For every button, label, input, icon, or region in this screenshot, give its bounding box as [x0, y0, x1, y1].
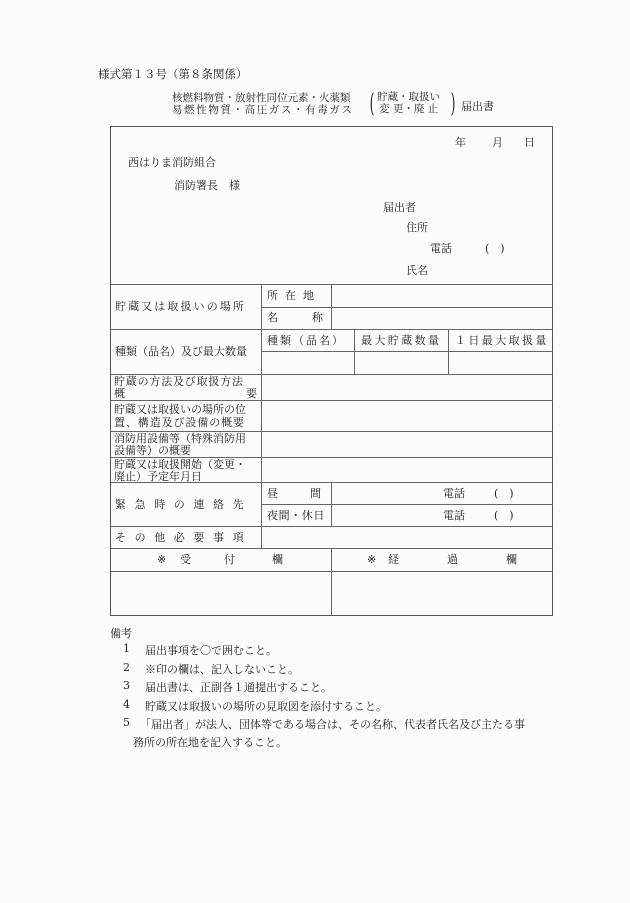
- facility-label-line-2: 置、構造及び設備の概要: [114, 416, 245, 429]
- types-kind-field[interactable]: [262, 352, 353, 373]
- types-max-storage-field[interactable]: [355, 352, 447, 373]
- progress-mark: ※: [367, 553, 376, 566]
- facility-label-line-1: 貯蔵又は取扱いの場所の位: [114, 403, 246, 416]
- note-item-continuation: 務所の所在地を記入すること。: [133, 734, 287, 750]
- notes-title: 備考: [110, 625, 132, 641]
- date-year-label: 年: [455, 136, 466, 149]
- emergency-night-phone-paren: ( ): [494, 509, 514, 522]
- firefighting-label-line-2: 設備等）の概要: [114, 444, 191, 457]
- addressee-org: 西はりま消防組合: [128, 156, 216, 169]
- method-field[interactable]: [262, 375, 552, 399]
- title-paren-line-2: 変 更・廃 止: [377, 103, 440, 115]
- progress-char-3: 欄: [506, 553, 517, 566]
- location-label: 貯蔵又は取扱いの場所: [115, 300, 257, 313]
- date-day-label: 日: [524, 136, 535, 149]
- facility-field[interactable]: [262, 401, 552, 430]
- title-paren-line-1: 貯蔵・取扱い: [377, 91, 440, 103]
- other-field[interactable]: [262, 527, 552, 547]
- location-name-field[interactable]: [332, 308, 552, 328]
- reception-char-3: 欄: [272, 553, 283, 566]
- reception-mark: ※: [157, 553, 166, 566]
- types-col-max-storage: 最大貯蔵数量: [361, 334, 441, 347]
- emergency-night-field[interactable]: [332, 505, 432, 525]
- emergency-night-label: 夜間・休日: [267, 509, 325, 522]
- emergency-day-phone-label: 電話: [443, 487, 465, 500]
- title-suffix: 届出書: [461, 98, 494, 114]
- title-subjects: 核燃料物質・放射性同位元素・火薬類 易燃性物質・高圧ガス・有毒ガス: [172, 92, 354, 116]
- applicant-label: 届出者: [383, 201, 416, 214]
- location-address-label: 所在地: [267, 289, 321, 302]
- title-line-2: 易燃性物質・高圧ガス・有毒ガス: [172, 104, 354, 116]
- start-date-label-line-2: 廃止）予定年月日: [114, 470, 202, 483]
- address-label: 住所: [406, 221, 428, 234]
- emergency-night-phone-label: 電話: [443, 509, 465, 522]
- location-address-field[interactable]: [332, 285, 552, 306]
- phone-area-code: ( ): [485, 242, 505, 255]
- title-line-1: 核燃料物質・放射性同位元素・火薬類: [172, 92, 354, 104]
- firefighting-field[interactable]: [262, 432, 552, 456]
- reception-char-2: 付: [224, 553, 235, 566]
- reception-char-1: 受: [180, 553, 191, 566]
- other-label: その他必要事項: [115, 531, 252, 544]
- emergency-label: 緊急時の連絡先: [115, 498, 252, 511]
- progress-char-1: 経: [388, 553, 399, 566]
- types-col-daily-max: １日最大取扱量: [455, 334, 549, 347]
- types-col-kind: 種類（品名）: [267, 334, 345, 347]
- emergency-day-phone-paren: ( ): [494, 487, 514, 500]
- divider: [110, 329, 553, 330]
- addressee-chief: 消防署長 様: [174, 179, 240, 192]
- method-label-line-2: 概 要: [114, 387, 257, 400]
- emergency-day-field[interactable]: [332, 483, 432, 503]
- progress-char-2: 過: [447, 553, 458, 566]
- reception-field: [111, 572, 330, 615]
- form-number: 様式第１３号（第８条関係）: [98, 66, 248, 82]
- name-label: 氏名: [406, 264, 428, 277]
- start-date-field[interactable]: [262, 458, 552, 481]
- types-label: 種類（品名）及び最大数量: [115, 345, 247, 358]
- types-daily-max-field[interactable]: [449, 352, 552, 373]
- date-month-label: 月: [492, 136, 503, 149]
- right-paren-icon: ): [451, 92, 456, 116]
- phone-label: 電話: [430, 242, 452, 255]
- progress-field: [332, 572, 552, 615]
- left-paren-icon: (: [370, 92, 375, 116]
